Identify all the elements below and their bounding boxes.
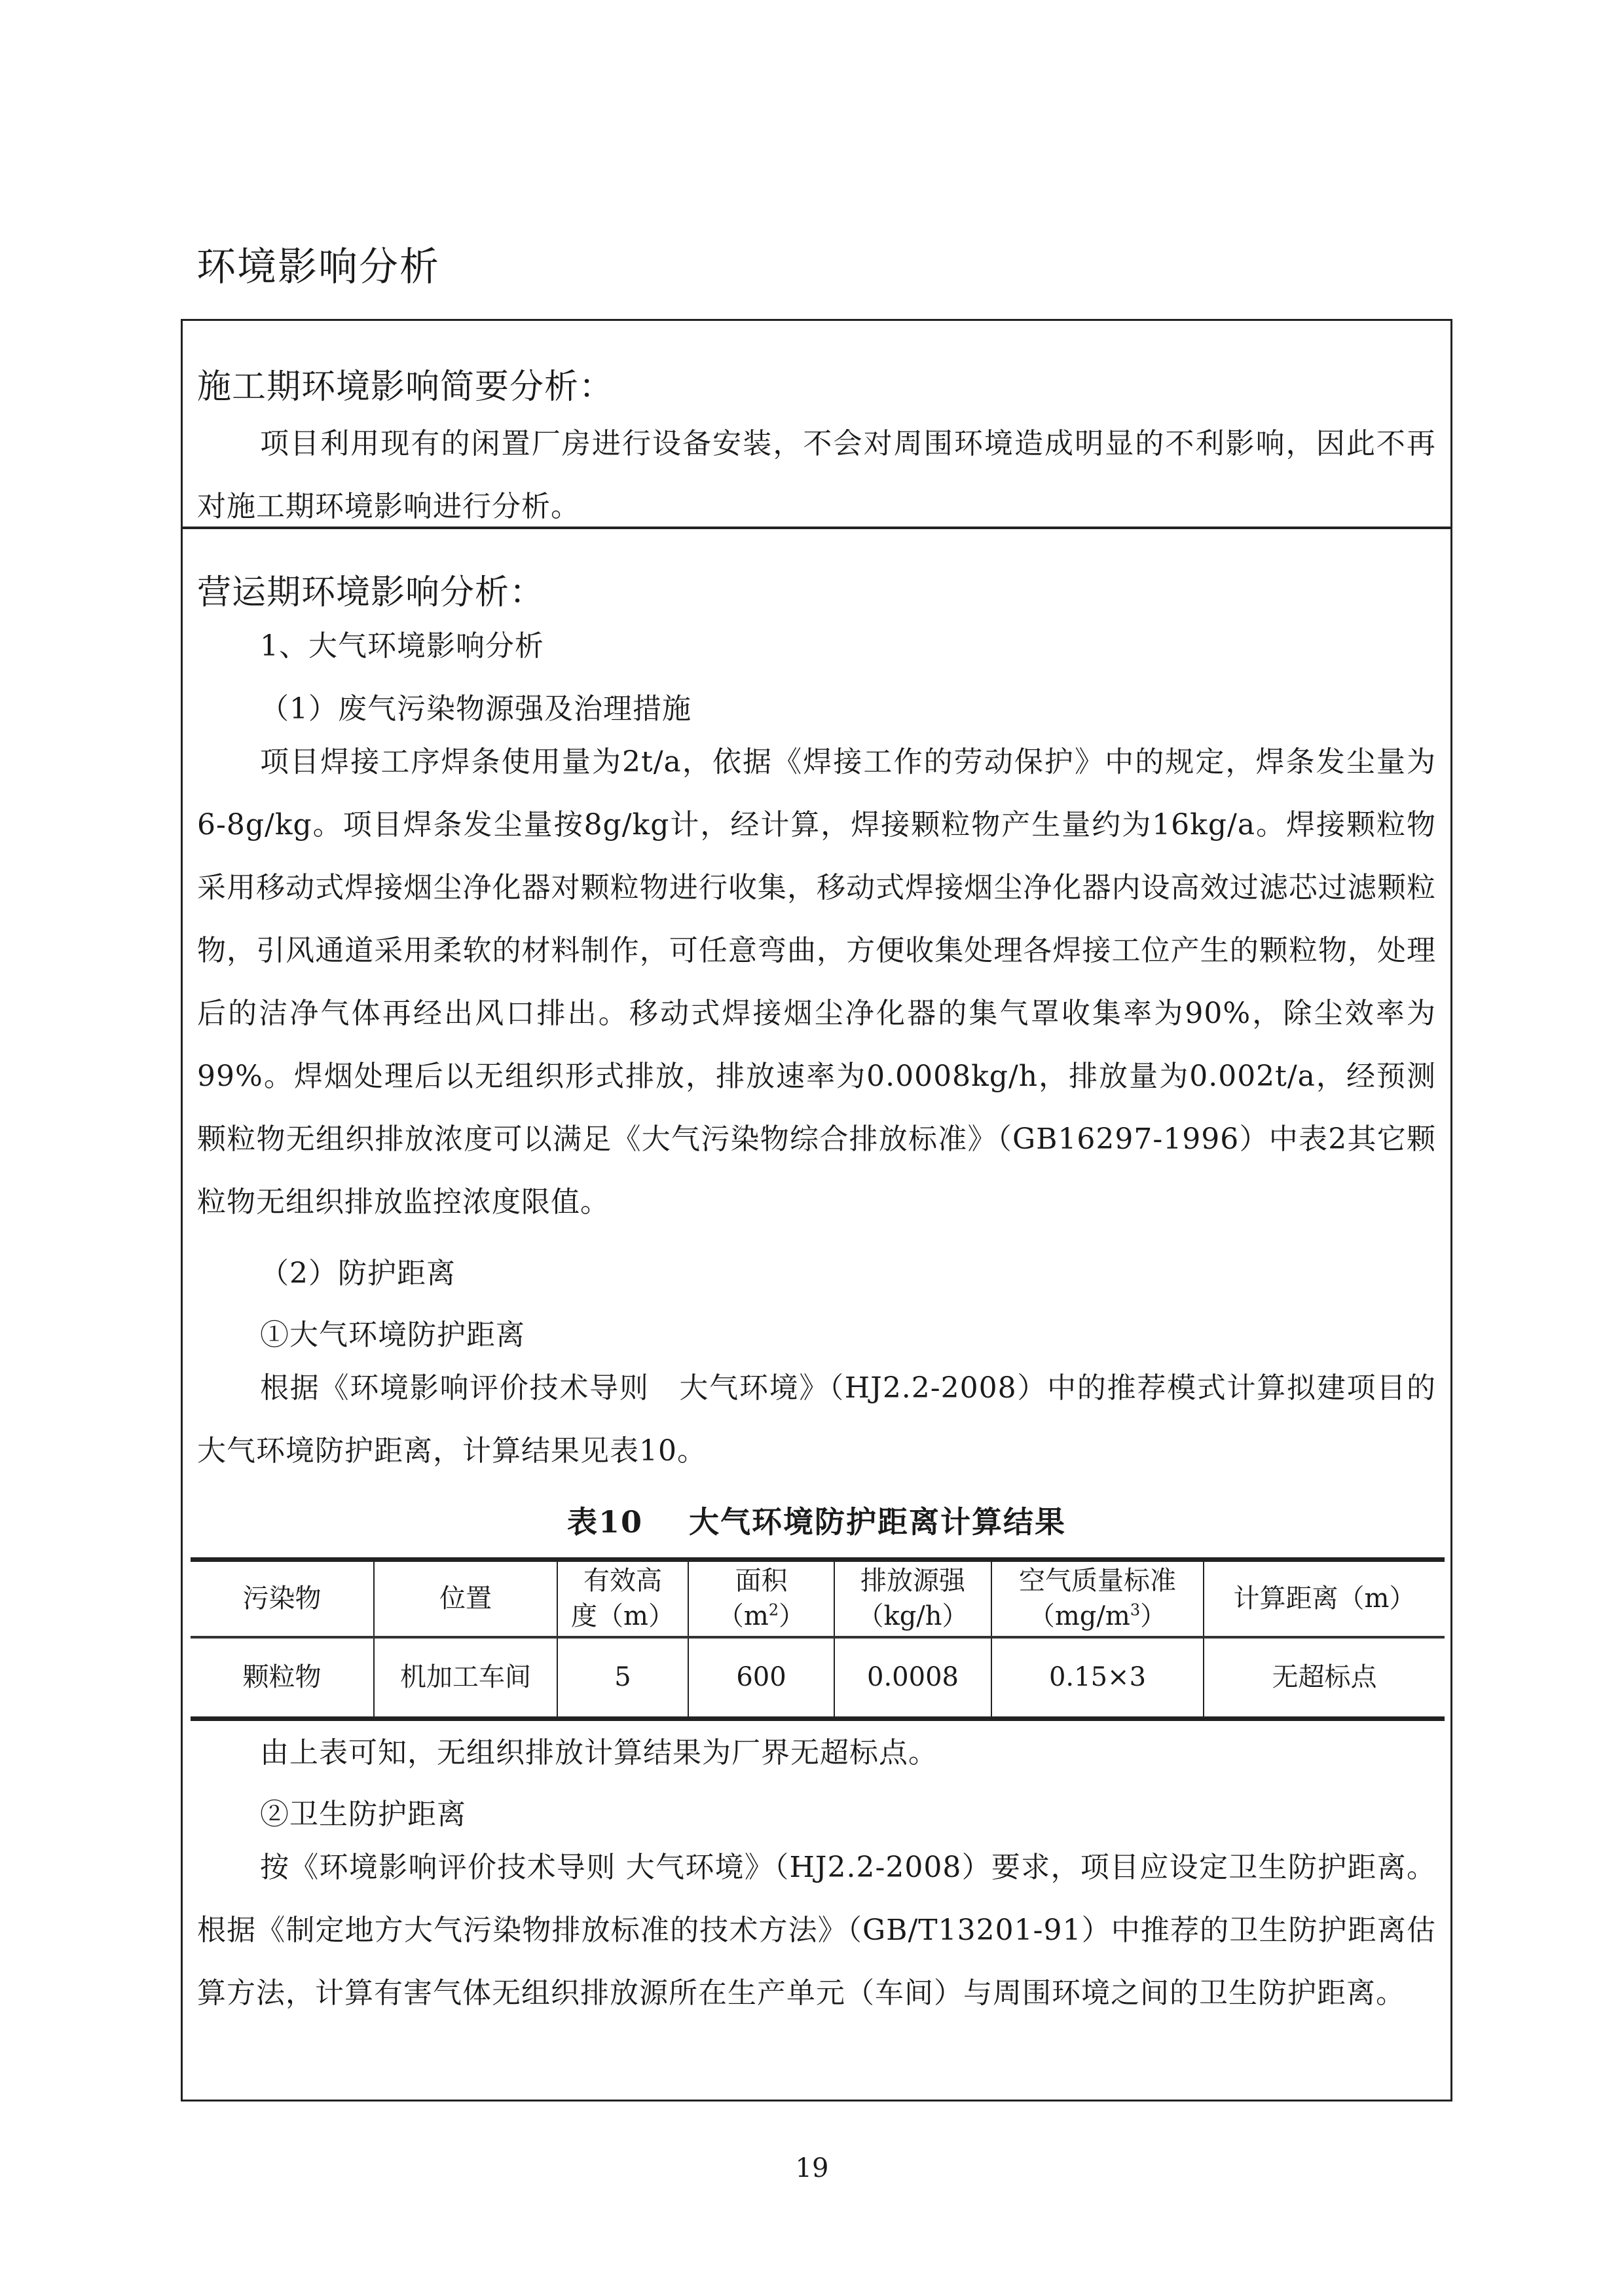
cell-aq-standard: 0.15×3 [991,1637,1204,1719]
header-pollutant: 污染物 [191,1560,374,1637]
header-area-line1: 面积 [735,1566,788,1596]
header-area: 面积（m2） [688,1560,834,1637]
header-aq-standard: 空气质量标准（mg/m3） [991,1560,1204,1637]
table-number: 表10 [567,1504,643,1540]
header-emission-line1: 排放源强 [860,1566,965,1596]
cell-area: 600 [688,1637,834,1719]
header-aq-unit: （mg/m [1029,1601,1130,1631]
header-height: 有效高度（m） [557,1560,688,1637]
subheading-protection-distance: （2）防护距离 [260,1250,456,1291]
table-header-row: 污染物 位置 有效高度（m） 面积（m2） 排放源强（kg/h） 空气质量标准（… [191,1560,1445,1637]
page-title: 环境影响分析 [196,236,440,292]
header-height-line1: 有效高 [583,1566,662,1596]
cell-pollutant: 颗粒物 [191,1637,374,1719]
header-emission: 排放源强（kg/h） [834,1560,991,1637]
header-area-sup: 2 [769,1601,779,1620]
construction-heading: 施工期环境影响简要分析： [197,359,614,408]
header-aq-close: ） [1140,1601,1166,1631]
header-height-line2: 度（m） [571,1601,674,1631]
emission-paragraph: 项目焊接工序焊条使用量为2t/a，依据《焊接工作的劳动保护》中的规定，焊条发尘量… [197,731,1436,1234]
cell-distance: 无超标点 [1204,1637,1445,1719]
header-aq-sup: 3 [1130,1601,1140,1620]
header-distance: 计算距离（m） [1204,1560,1445,1637]
operation-heading: 营运期环境影响分析： [197,565,544,614]
header-location: 位置 [374,1560,557,1637]
table-conclusion: 由上表可知，无组织排放计算结果为厂界无超标点。 [260,1729,938,1771]
protection-distance-table: 污染物 位置 有效高度（m） 面积（m2） 排放源强（kg/h） 空气质量标准（… [191,1557,1445,1721]
page-number: 19 [0,2153,1624,2183]
header-area-close: ） [779,1601,805,1631]
header-emission-line2: （kg/h） [857,1601,968,1631]
subheading-emission-sources: （1）废气污染物源强及治理措施 [260,685,692,727]
calculation-paragraph: 根据《环境影响评价技术导则 大气环境》（HJ2.2-2008）中的推荐模式计算拟… [197,1357,1436,1483]
cell-emission: 0.0008 [834,1637,991,1719]
cell-height: 5 [557,1637,688,1719]
construction-paragraph: 项目利用现有的闲置厂房进行设备安装，不会对周围环境造成明显的不利影响，因此不再对… [197,413,1436,538]
sanitary-paragraph: 按《环境影响评价技术导则 大气环境》（HJ2.2-2008）要求，项目应设定卫生… [197,1836,1436,2025]
subheading-sanitary-distance: ②卫生防护距离 [260,1790,466,1832]
table-row: 颗粒物 机加工车间 5 600 0.0008 0.15×3 无超标点 [191,1637,1445,1719]
header-area-unit: （m [718,1601,769,1631]
header-aq-line1: 空气质量标准 [1019,1566,1176,1596]
cell-location: 机加工车间 [374,1637,557,1719]
construction-section: 施工期环境影响简要分析： 项目利用现有的闲置厂房进行设备安装，不会对周围环境造成… [183,321,1450,529]
table-title: 大气环境防护距离计算结果 [689,1504,1066,1540]
analysis-frame: 施工期环境影响简要分析： 项目利用现有的闲置厂房进行设备安装，不会对周围环境造成… [181,319,1452,2102]
table-caption: 表10大气环境防护距离计算结果 [183,1498,1450,1542]
subheading-air-impact: 1、大气环境影响分析 [260,622,544,664]
subheading-air-protection-distance: ①大气环境防护距离 [260,1311,525,1353]
